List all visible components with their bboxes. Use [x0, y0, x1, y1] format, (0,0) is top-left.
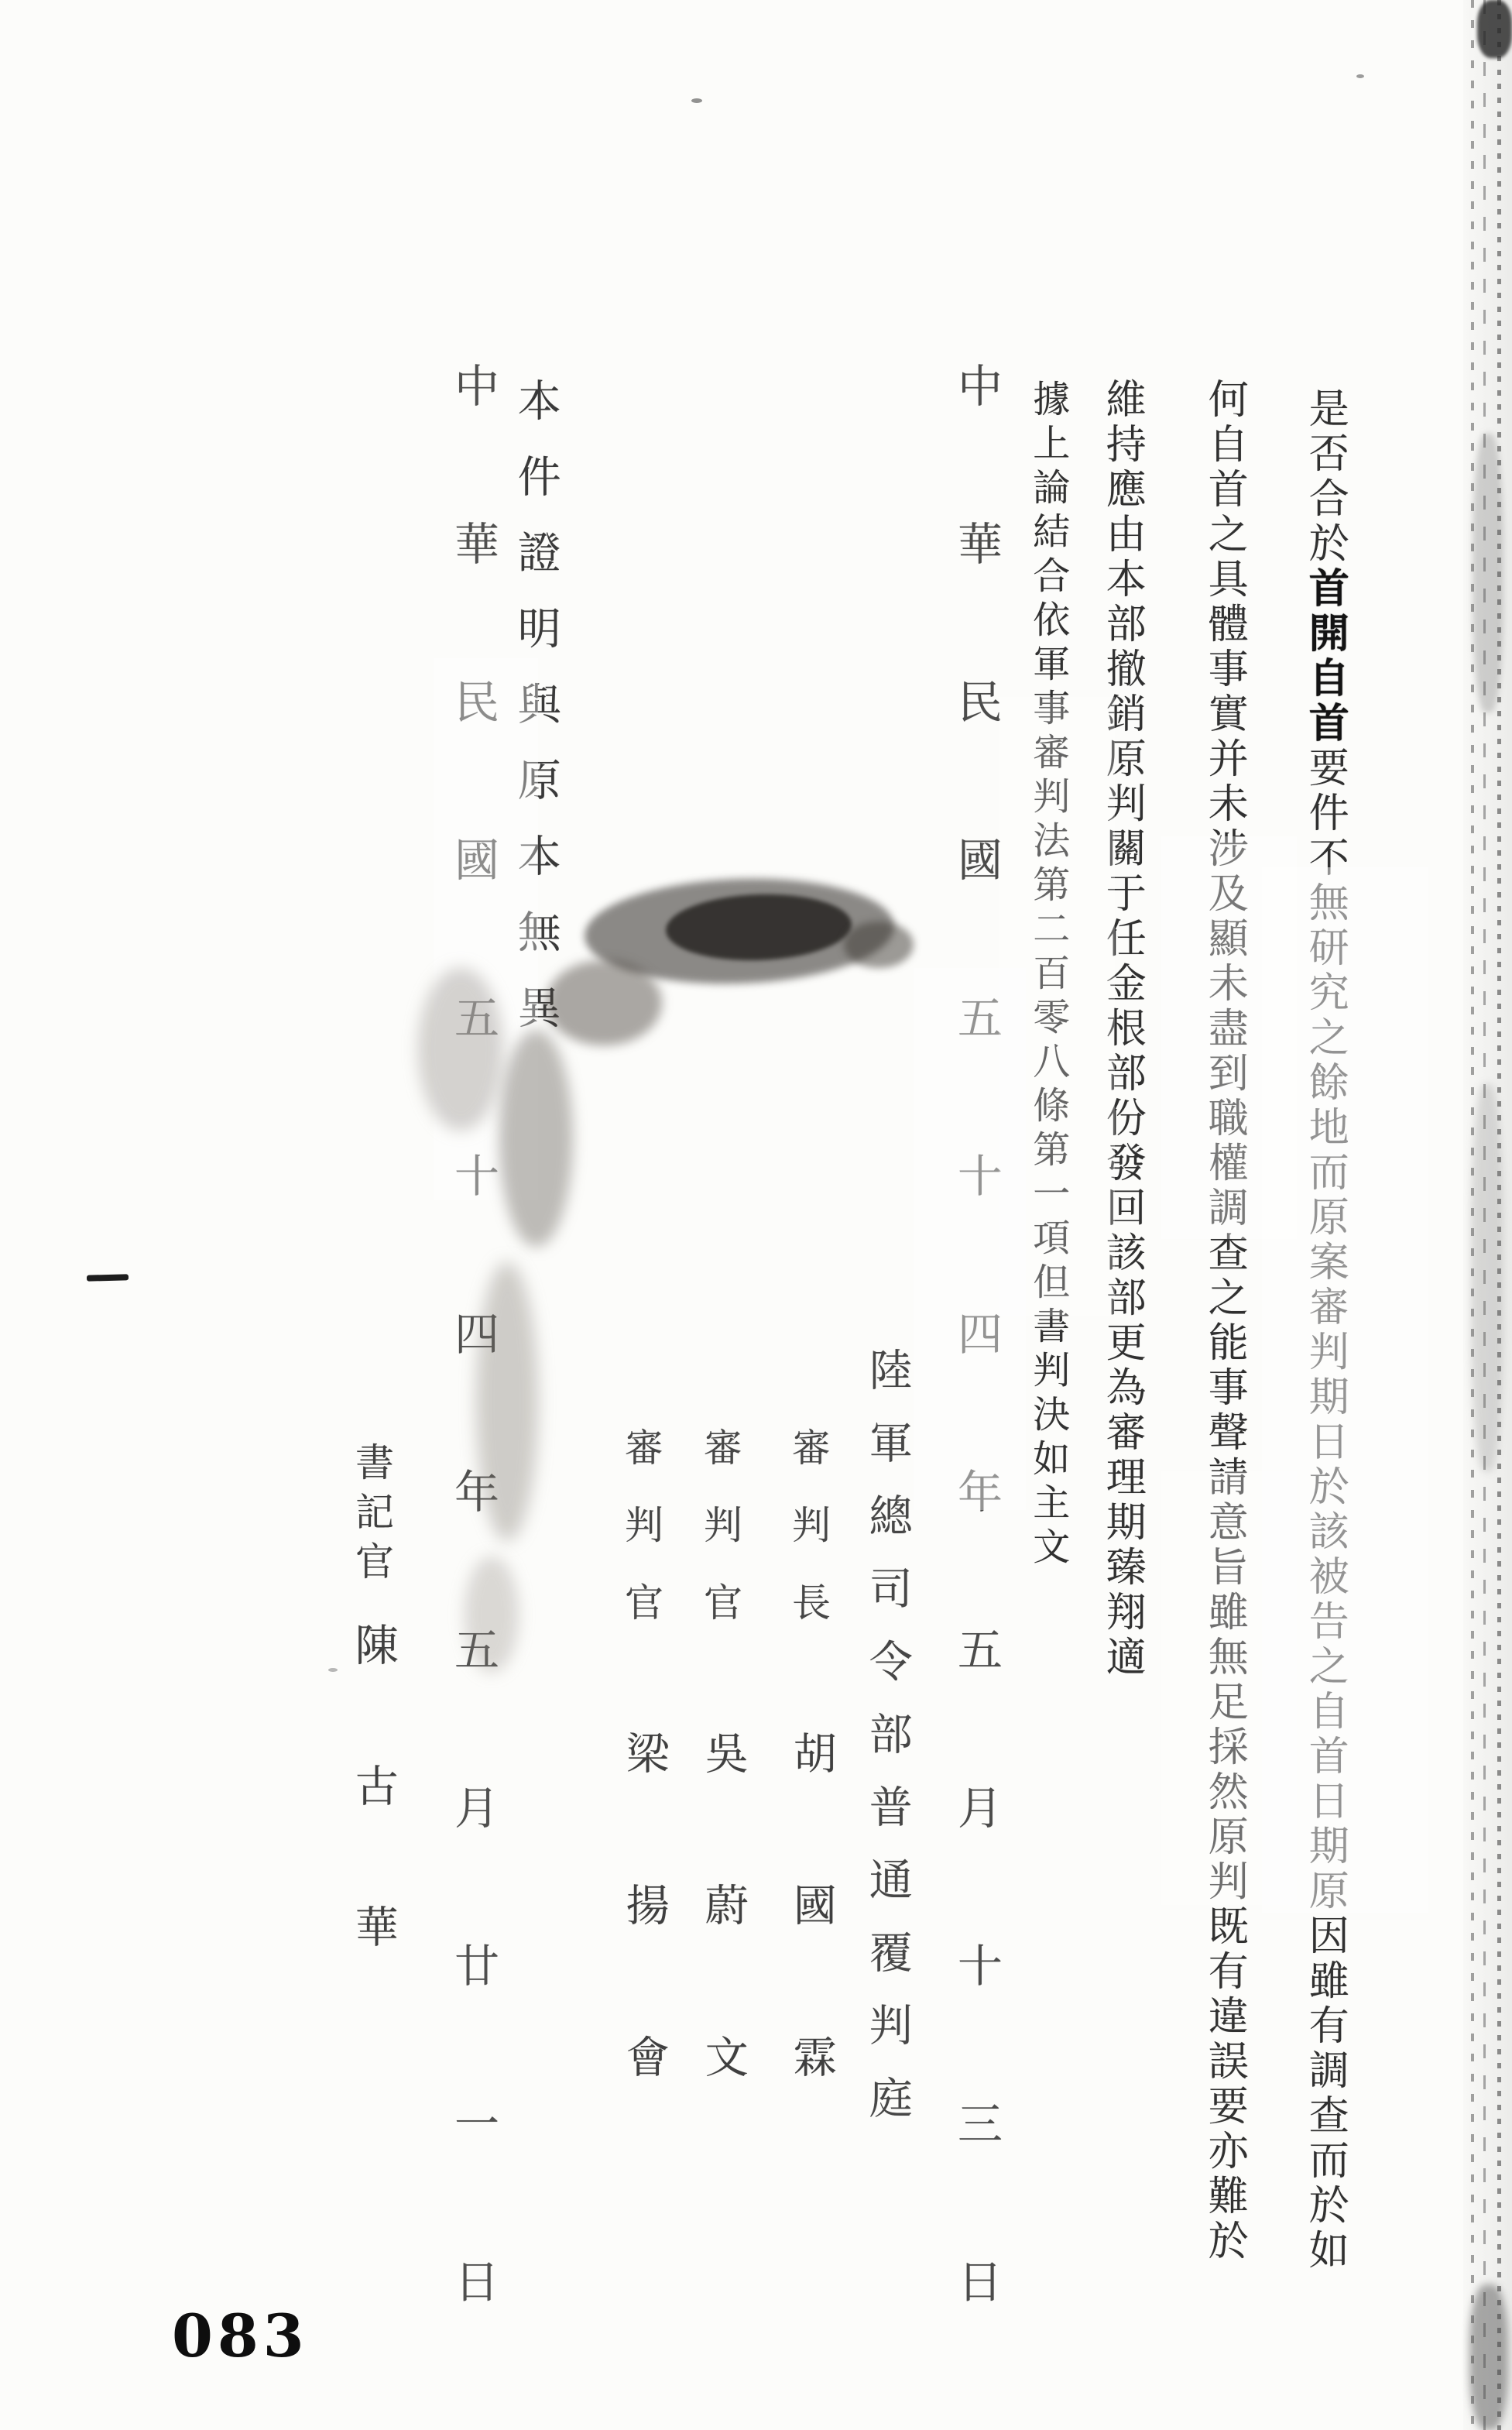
scan-speck: [328, 1668, 338, 1672]
judge-2-name: 吳蔚文: [698, 1731, 747, 2186]
judgment-text-emphasis: 首開自首: [1301, 567, 1348, 747]
scan-edge-blotch: [1473, 434, 1503, 712]
judgment-text-column-3: 維持應由本部撤銷原判關于任金根部份發回該部更為審理期臻翔適: [1099, 378, 1144, 1680]
judgment-text-column-4: 據上論結合依軍事審判法第二百零八條第一項但書判決如主文: [1027, 379, 1068, 1571]
judge-2-role: 審判官: [698, 1427, 742, 1659]
certification-statement-column: 本件證明與原本無異: [511, 378, 560, 1061]
ink-smudge: [844, 922, 914, 968]
judgment-text-column-2: 何自首之具體事實并未涉及顯未盡到職權調查之能事聲請意旨雖無足採然原判既有違誤要亦…: [1202, 378, 1246, 2264]
ink-smudge: [665, 891, 853, 963]
scan-edge-blotch: [1477, 0, 1512, 58]
judge-1-name: 胡國霖: [787, 1731, 835, 2186]
ink-smudge: [546, 960, 662, 1045]
scanned-judgment-page: 是否合於首開自首要件不無研究之餘地而原案審判期日於該被告之自首日期原因雖有調查而…: [0, 0, 1512, 2430]
page-number: 083: [172, 2301, 309, 2370]
scan-speck: [1356, 74, 1364, 78]
judgment-text-column-1: 是否合於首開自首要件不無研究之餘地而原案審判期日於該被告之自首日期原因雖有調查而…: [1302, 387, 1347, 2274]
clerk-role-column: 書記官: [350, 1442, 393, 1591]
scan-speck: [691, 98, 702, 103]
ink-smudge: [583, 873, 896, 989]
scan-edge-blotch: [1471, 1084, 1503, 1471]
judge-1-role: 審判長: [787, 1427, 830, 1659]
margin-dash-mark: [87, 1274, 129, 1281]
clerk-name-column: 陳古華: [348, 1622, 397, 2045]
judgment-text-segment: 要件不無研究之餘地而原案審判期日於該被告之自首日期原因雖有調查而於如: [1301, 747, 1348, 2274]
certification-date-column: 中華民國五十四年五月廿一日: [447, 362, 498, 2416]
judgment-text-segment: 是否合於: [1301, 387, 1348, 567]
ink-smudge-streak: [499, 1030, 573, 1247]
scan-edge-blotch: [1469, 2284, 1508, 2430]
court-name-column: 陸軍總司令部普通覆判庭: [862, 1347, 911, 2148]
judge-3-role: 審判官: [619, 1427, 663, 1659]
judgment-date-column: 中華民國五十四年五月十三日: [951, 362, 1001, 2416]
judge-3-name: 梁揚會: [619, 1731, 668, 2186]
